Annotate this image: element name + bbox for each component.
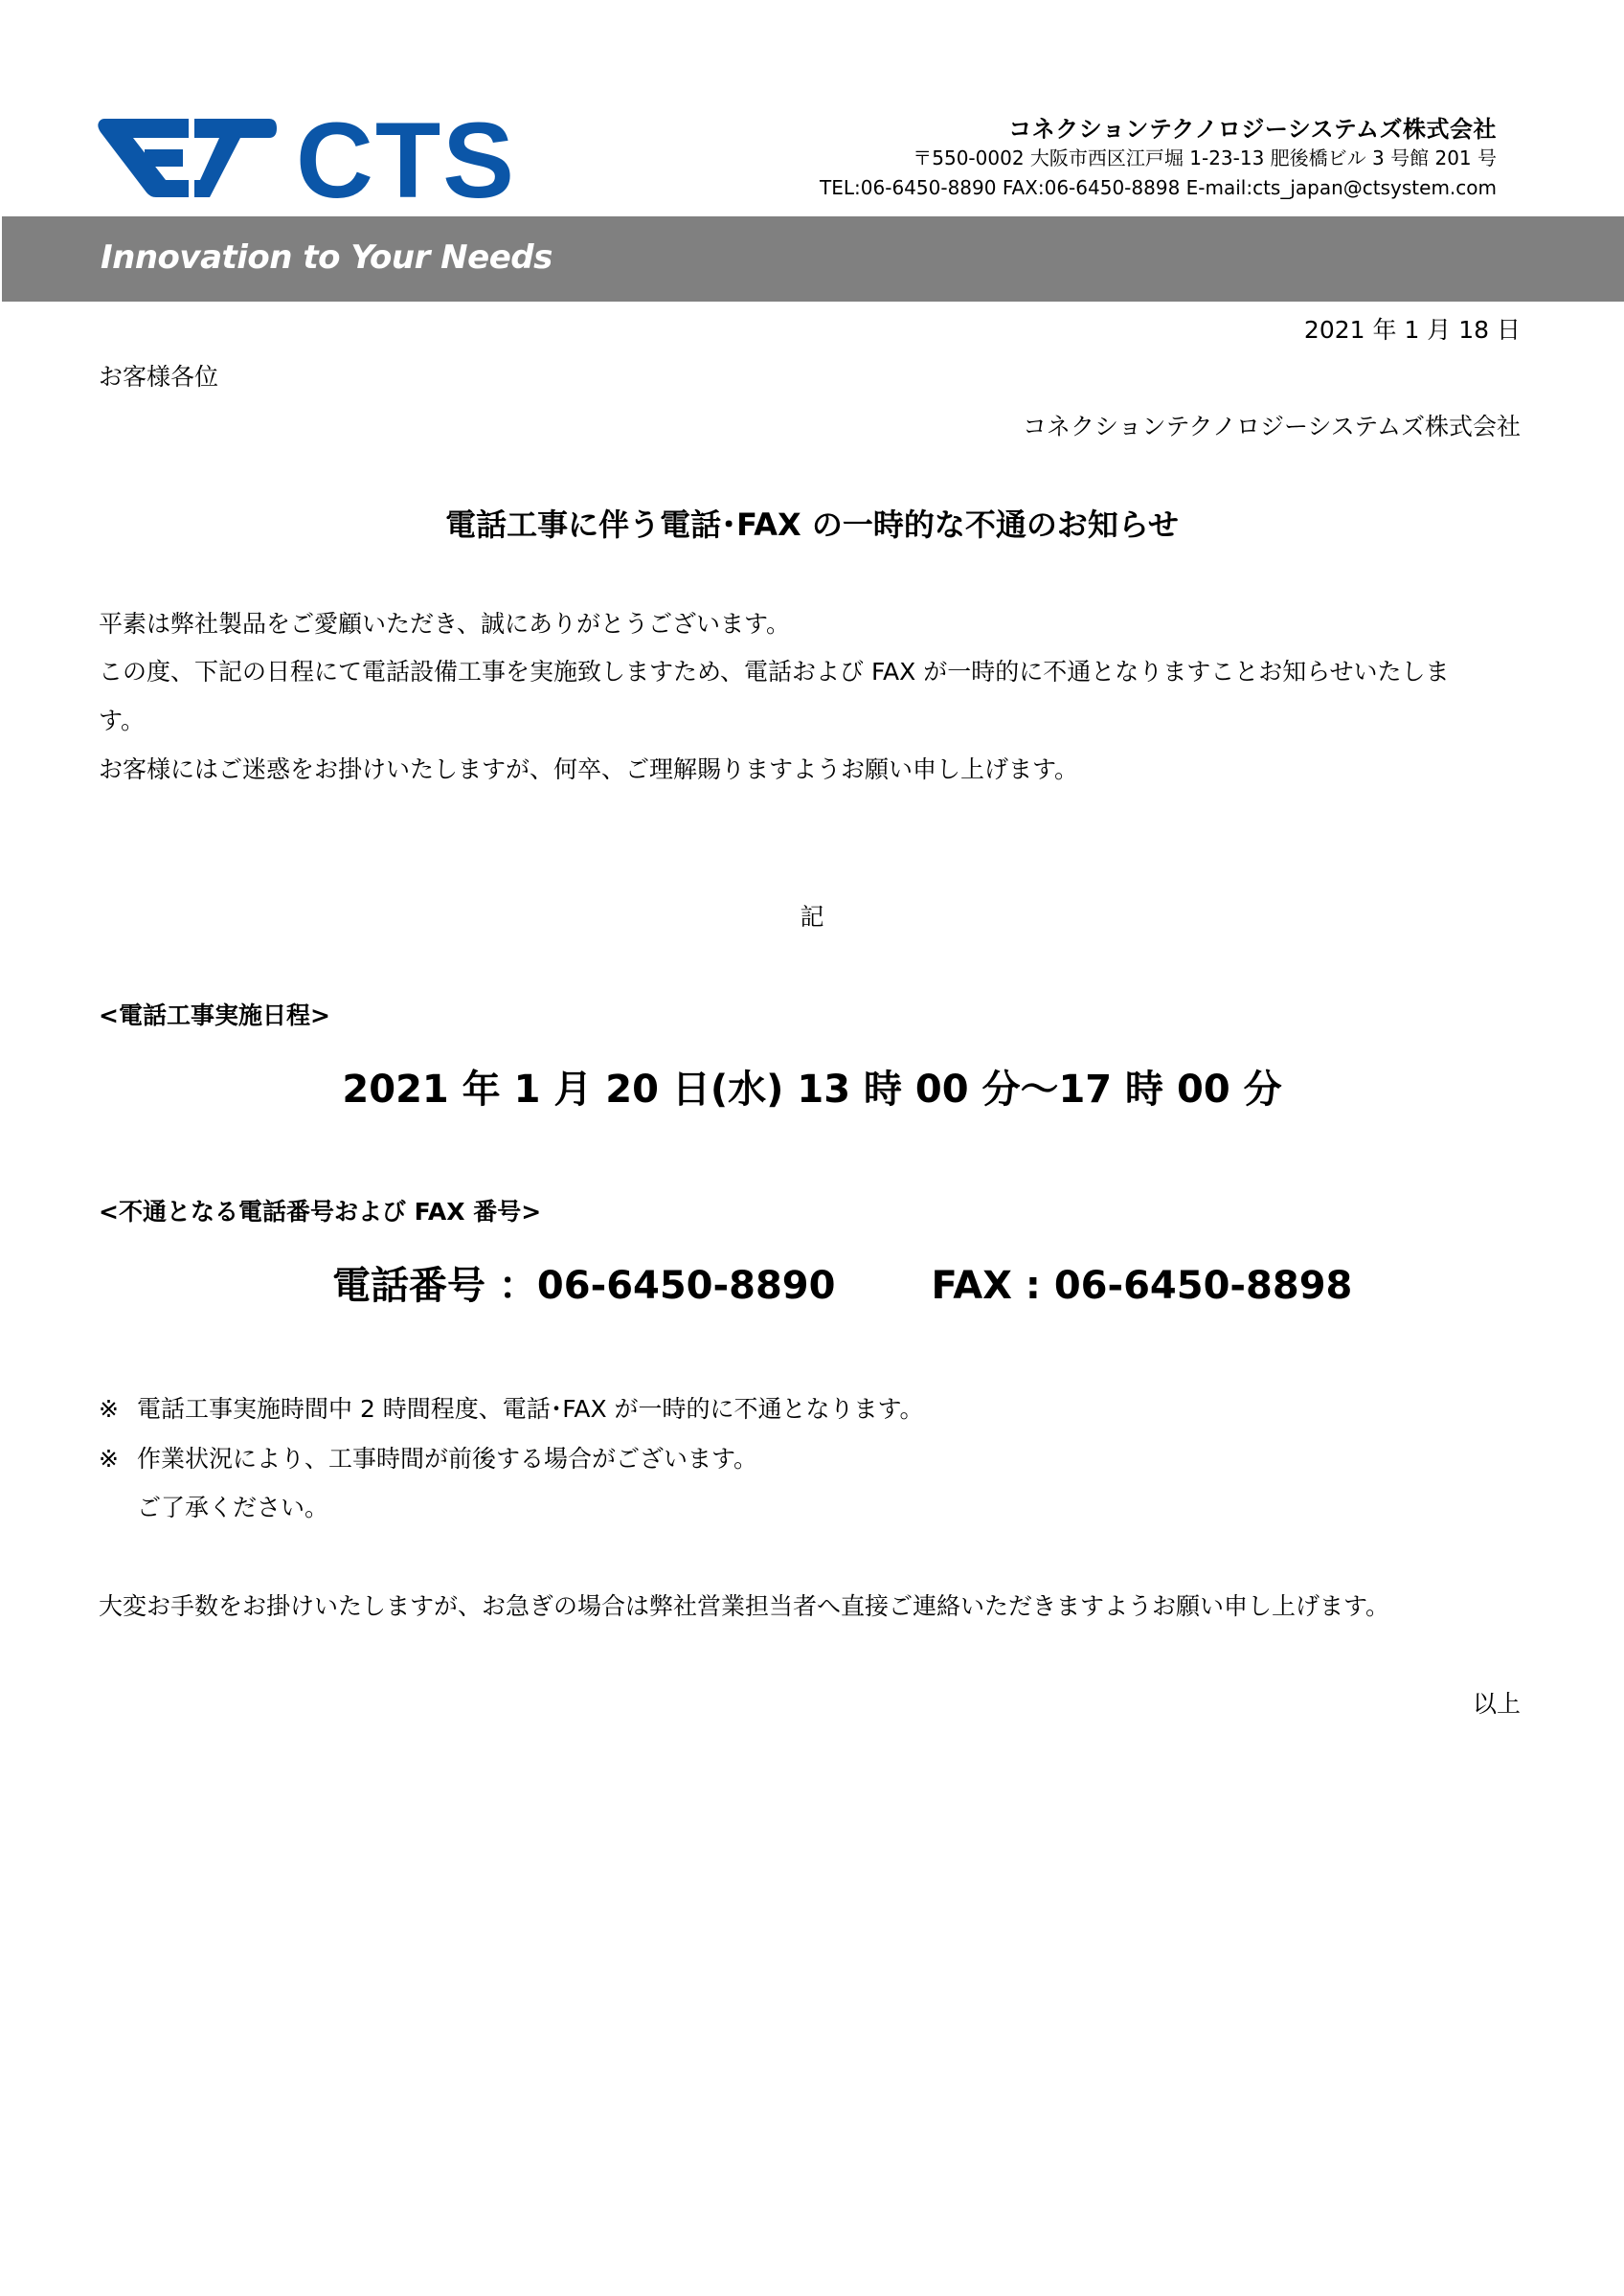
paragraph-apology: お客様にはご迷惑をお掛けいたしますが、何卒、ご理解賜りますようお願い申し上げます… — [99, 754, 1535, 785]
cts-logo-mark-icon: CTS — [97, 111, 537, 201]
sender: コネクションテクノロジーシステムズ株式会社 — [1023, 412, 1521, 442]
affected-numbers: 電話番号 ：06-6450-8890FAX : 06-6450-8898 — [332, 1262, 1352, 1310]
company-name: コネクションテクノロジーシステムズ株式会社 — [820, 115, 1497, 144]
schedule-heading: <電話工事実施日程> — [99, 1001, 330, 1031]
note-text: 作業状況により、工事時間が前後する場合がございます。 — [137, 1445, 757, 1473]
numbers-heading: <不通となる電話番号および FAX 番号> — [99, 1197, 541, 1227]
ki-mark: 記 — [0, 902, 1624, 933]
recipient: お客様各位 — [99, 362, 218, 393]
note-item: ※作業状況により、工事時間が前後する場合がございます。 — [99, 1444, 757, 1474]
reference-mark-icon: ※ — [99, 1444, 137, 1474]
schedule-datetime: 2021 年 1 月 20 日(水) 13 時 00 分～17 時 00 分 — [0, 1066, 1624, 1114]
end-mark: 以上 — [1473, 1689, 1521, 1720]
company-address: 〒550-0002 大阪市西区江戸堀 1-23-13 肥後橋ビル 3 号館 20… — [820, 144, 1497, 173]
reference-mark-icon: ※ — [99, 1394, 137, 1425]
letter-date: 2021 年 1 月 18 日 — [1304, 315, 1521, 346]
cts-logo: CTS — [97, 111, 537, 201]
page-title: 電話工事に伴う電話･FAX の一時的な不通のお知らせ — [0, 506, 1624, 544]
fax-number: FAX : 06-6450-8898 — [931, 1262, 1352, 1310]
note-item: ※電話工事実施時間中 2 時間程度、電話･FAX が一時的に不通となります。 — [99, 1394, 924, 1425]
svg-text:CTS: CTS — [296, 111, 516, 201]
closing-paragraph: 大変お手数をお掛けいたしますが、お急ぎの場合は弊社営業担当者へ直接ご連絡いただき… — [99, 1591, 1389, 1622]
paragraph-notice: この度、下記の日程にて電話設備工事を実施致しますため、電話および FAX が一時… — [99, 657, 1535, 687]
company-contact: TEL:06-6450-8890 FAX:06-6450-8898 E-mail… — [820, 173, 1497, 203]
company-info: コネクションテクノロジーシステムズ株式会社 〒550-0002 大阪市西区江戸堀… — [820, 115, 1497, 203]
paragraph-notice-cont: す。 — [99, 706, 1535, 736]
phone-number: 電話番号 ：06-6450-8890 — [332, 1264, 835, 1308]
paragraph-greeting: 平素は弊社製品をご愛顧いただき、誠にありがとうございます。 — [99, 609, 1535, 640]
note-continuation: ご了承ください。 — [137, 1493, 328, 1523]
tagline: Innovation to Your Needs — [101, 237, 553, 278]
note-text: 電話工事実施時間中 2 時間程度、電話･FAX が一時的に不通となります。 — [137, 1395, 924, 1423]
